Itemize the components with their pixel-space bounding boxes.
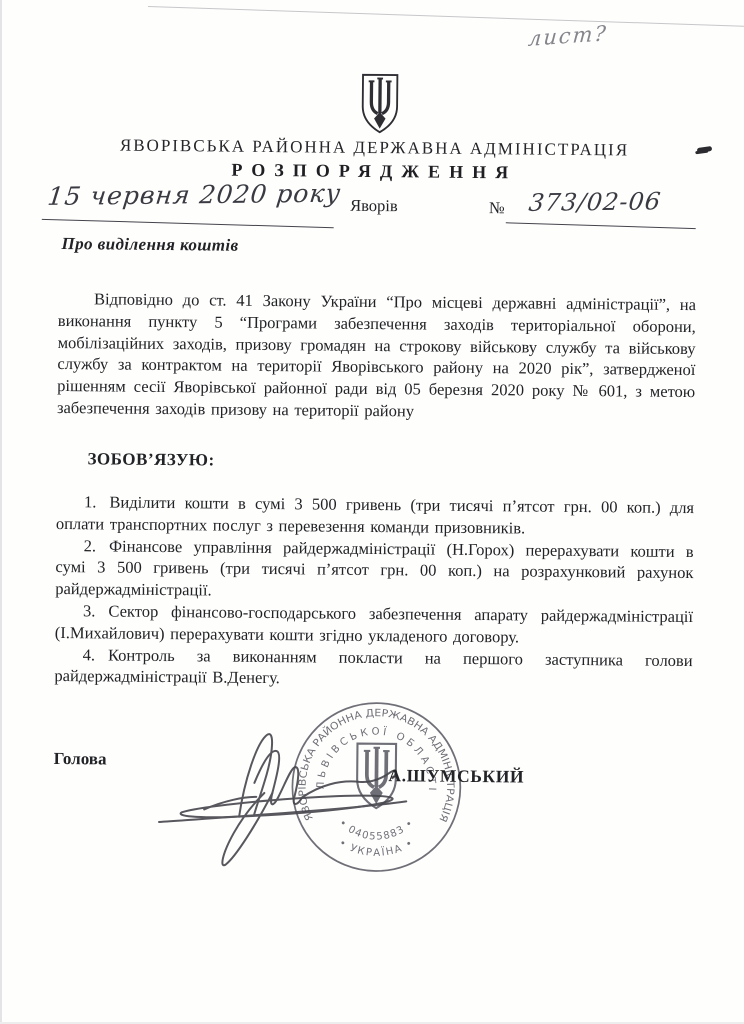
item-number: 1. xyxy=(84,492,97,511)
signature-scribble xyxy=(143,704,445,882)
subject-line: Про виділення коштів xyxy=(61,234,238,256)
intro-paragraph-block: Відповідно до ст. 41 Закону України “Про… xyxy=(57,288,696,425)
directive-word: ЗОБОВ’ЯЗУЮ: xyxy=(87,449,214,470)
scanned-document-page: лист? ЯВОРІВСЬКА РАЙОННА ДЕРЖАВНА АДМІНІ… xyxy=(0,0,744,1024)
directive-item: 1.Виділити кошти в сумі 3 500 гривень (т… xyxy=(56,491,694,541)
directive-item: 2.Фінансове управління райдержадміністра… xyxy=(55,535,694,607)
signer-name: А.ШУМСЬКИЙ xyxy=(388,765,524,787)
document-content: ЯВОРІВСЬКА РАЙОННА ДЕРЖАВНА АДМІНІСТРАЦІ… xyxy=(0,0,744,1024)
organization-name: ЯВОРІВСЬКА РАЙОННА ДЕРЖАВНА АДМІНІСТРАЦІ… xyxy=(2,134,744,161)
number-underline xyxy=(506,222,696,229)
item-number: 3. xyxy=(83,601,96,620)
directive-item: 3.Сектор фінансово-господарського забезп… xyxy=(55,600,693,650)
directive-items: 1.Виділити кошти в сумі 3 500 гривень (т… xyxy=(54,491,694,693)
date-underline xyxy=(42,219,334,228)
intro-paragraph: Відповідно до ст. 41 Закону України “Про… xyxy=(57,288,696,425)
signer-title: Голова xyxy=(54,749,107,770)
item-text: Виділити кошти в сумі 3 500 гривень (три… xyxy=(56,492,694,537)
item-text: Фінансове управління райдержадміністраці… xyxy=(55,536,694,600)
item-text: Сектор фінансово-господарського забезпеч… xyxy=(55,601,693,646)
trident-emblem-icon xyxy=(357,72,404,135)
item-number: 2. xyxy=(84,536,97,555)
handwritten-number: 373/02-06 xyxy=(527,187,663,216)
item-text: Контроль за виконанням покласти на першо… xyxy=(54,645,692,687)
directive-item: 4.Контроль за виконанням покласти на пер… xyxy=(54,644,692,694)
item-number: 4. xyxy=(83,645,96,664)
number-label: № xyxy=(489,198,505,218)
